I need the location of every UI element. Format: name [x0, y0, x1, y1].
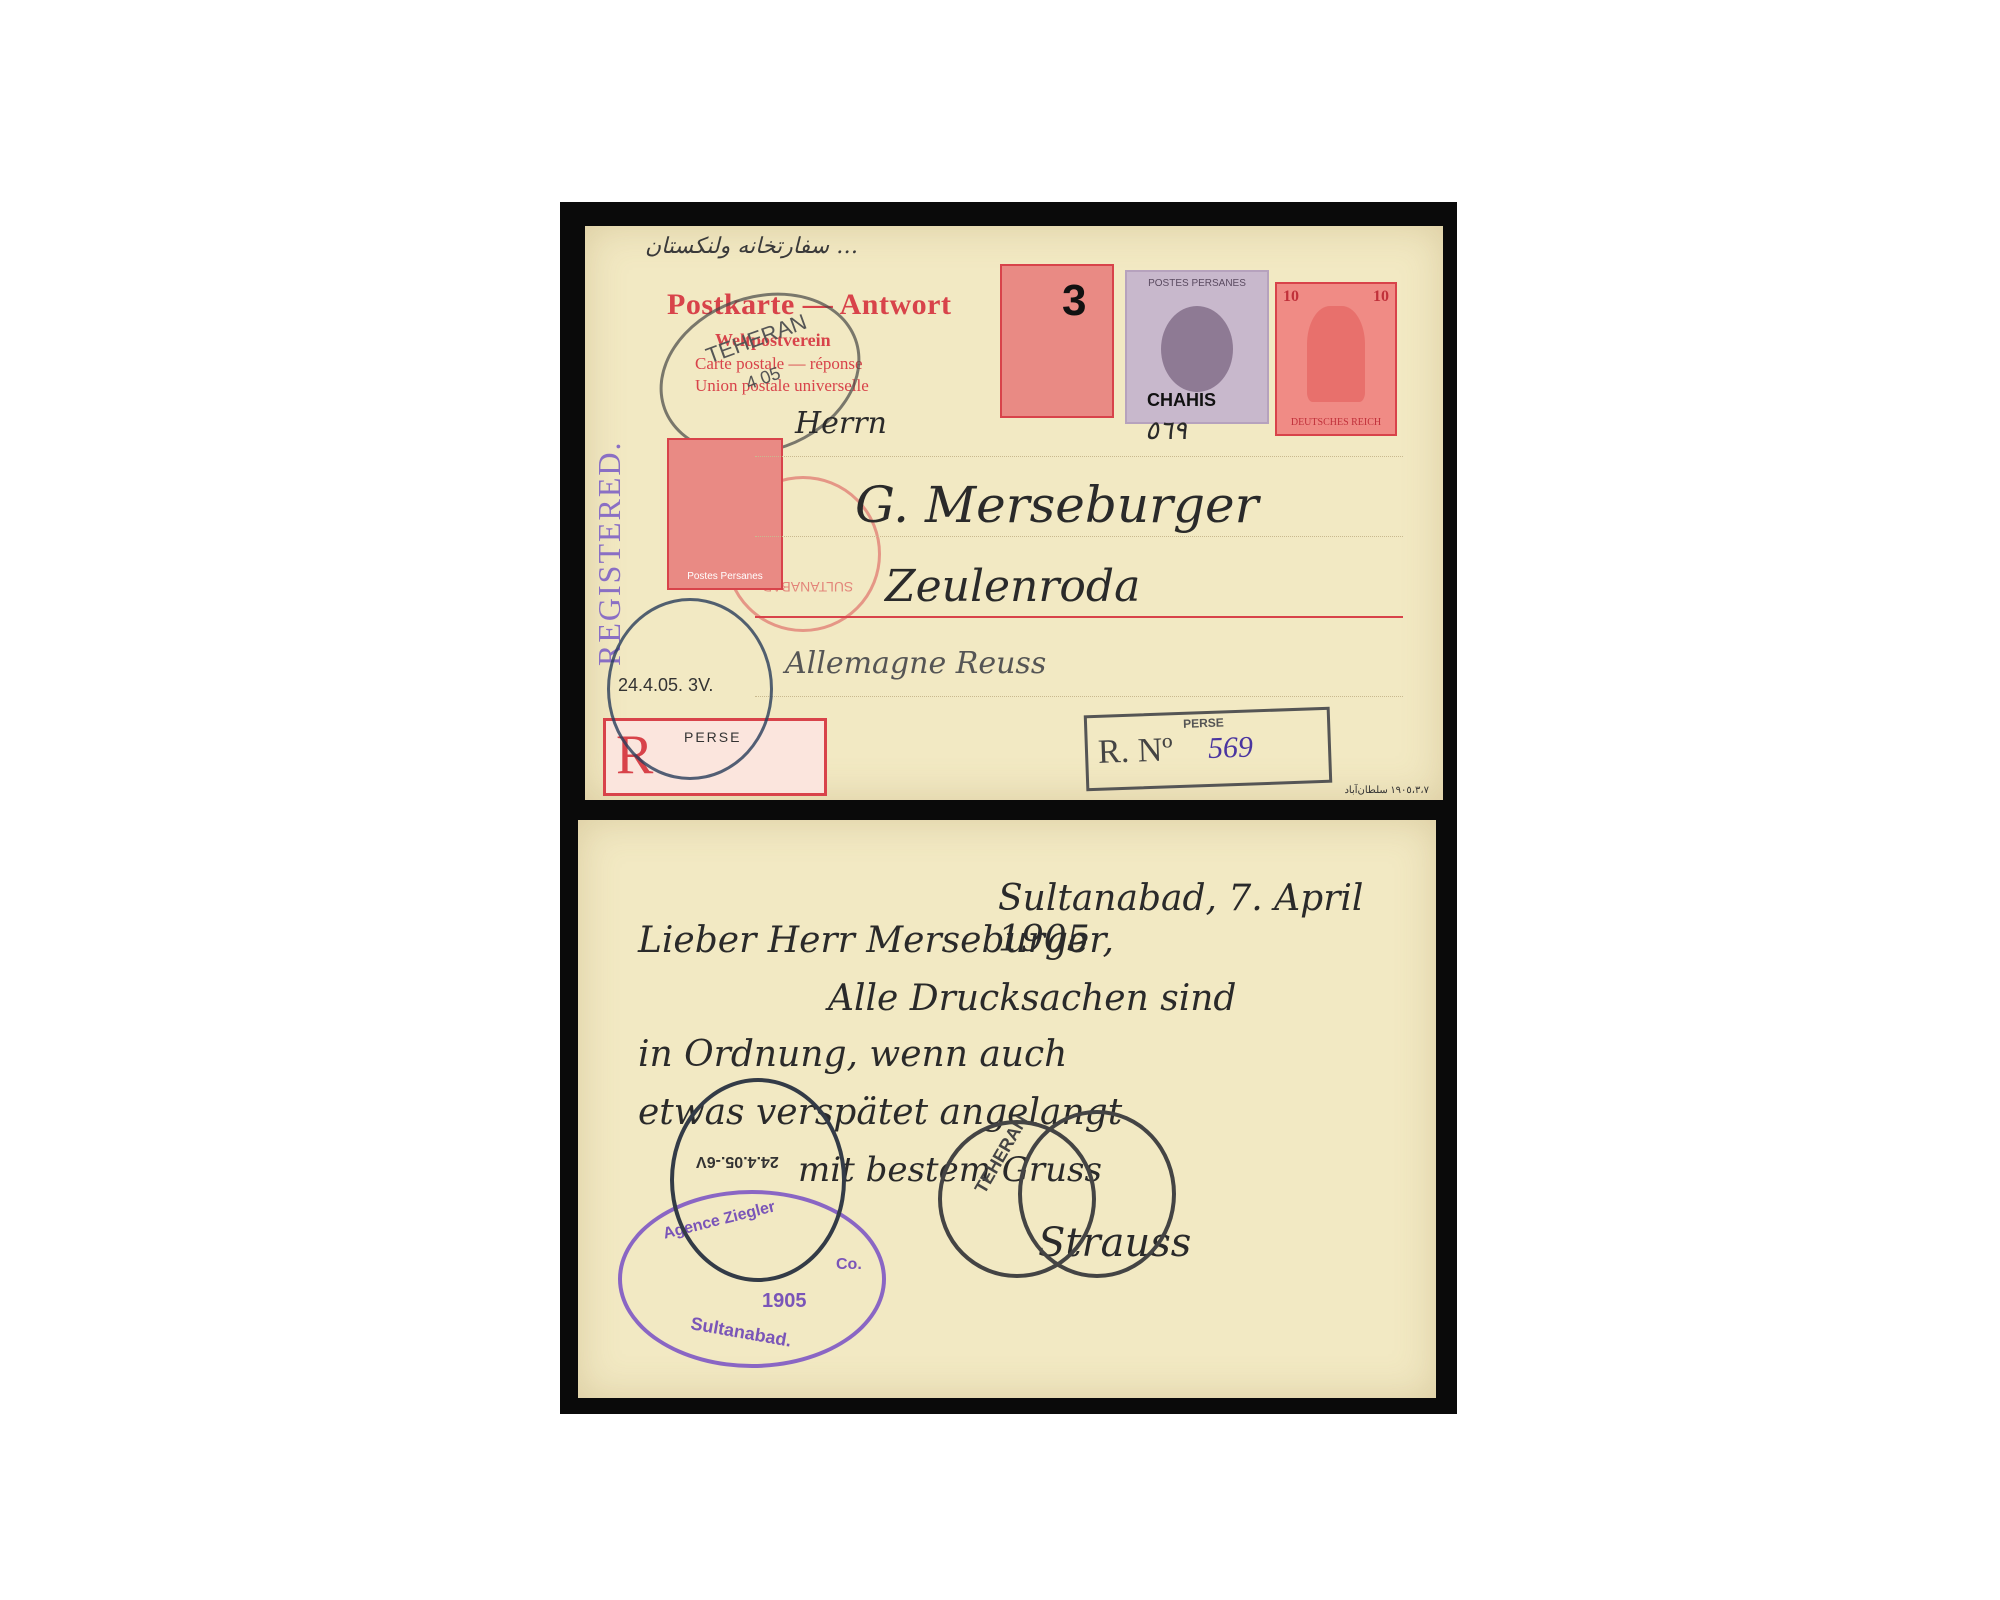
registration-box: PERSE R. Nº 569 — [1084, 707, 1333, 792]
address-line — [755, 536, 1403, 537]
persian-footnote: ١٩٠٥،٣،٧ سلطان‌آباد — [1344, 785, 1429, 796]
address-city: Zeulenroda — [885, 561, 1140, 612]
persian-shah-stamp: POSTES PERSANES CHAHIS — [1125, 270, 1269, 424]
black-circular-postmark: 24.4.05.-6V — [670, 1078, 846, 1282]
blue-arrival-cancel: 24.4.05. 3V. — [607, 598, 773, 780]
germania-figure — [1307, 306, 1365, 402]
shah-portrait — [1161, 306, 1233, 392]
letter-line-1: Alle Drucksachen sind — [828, 978, 1236, 1019]
address-region: Allemagne Reuss — [785, 646, 1046, 681]
persian-lion-stamp: Postes Persanes — [667, 438, 783, 590]
postcard-front: سفارتخانه ولنکستان … Postkarte — Antwort… — [585, 226, 1443, 800]
red-persian-number: ٥٦٩ — [1145, 416, 1187, 446]
address-name: G. Merseburger — [855, 476, 1259, 534]
address-line — [755, 696, 1403, 697]
letter-greeting: Lieber Herr Merseburger, — [638, 920, 1114, 961]
registered-handstamp: REGISTERED. — [591, 440, 628, 666]
letter-line-2: in Ordnung, wenn auch — [638, 1034, 1067, 1075]
teheran-transit-mark-2 — [1018, 1110, 1176, 1278]
address-underline — [755, 616, 1403, 618]
germania-indicium: 10 10 DEUTSCHES REICH — [1275, 282, 1397, 436]
address-salutation: Herrn — [795, 406, 887, 441]
persian-surcharge-3-stamp: 3 — [1000, 264, 1114, 418]
postcard-back: Sultanabad, 7. April 1905 Lieber Herr Me… — [578, 820, 1436, 1398]
address-line — [755, 456, 1403, 457]
persian-header-inscription: سفارتخانه ولنکستان … — [645, 234, 858, 259]
